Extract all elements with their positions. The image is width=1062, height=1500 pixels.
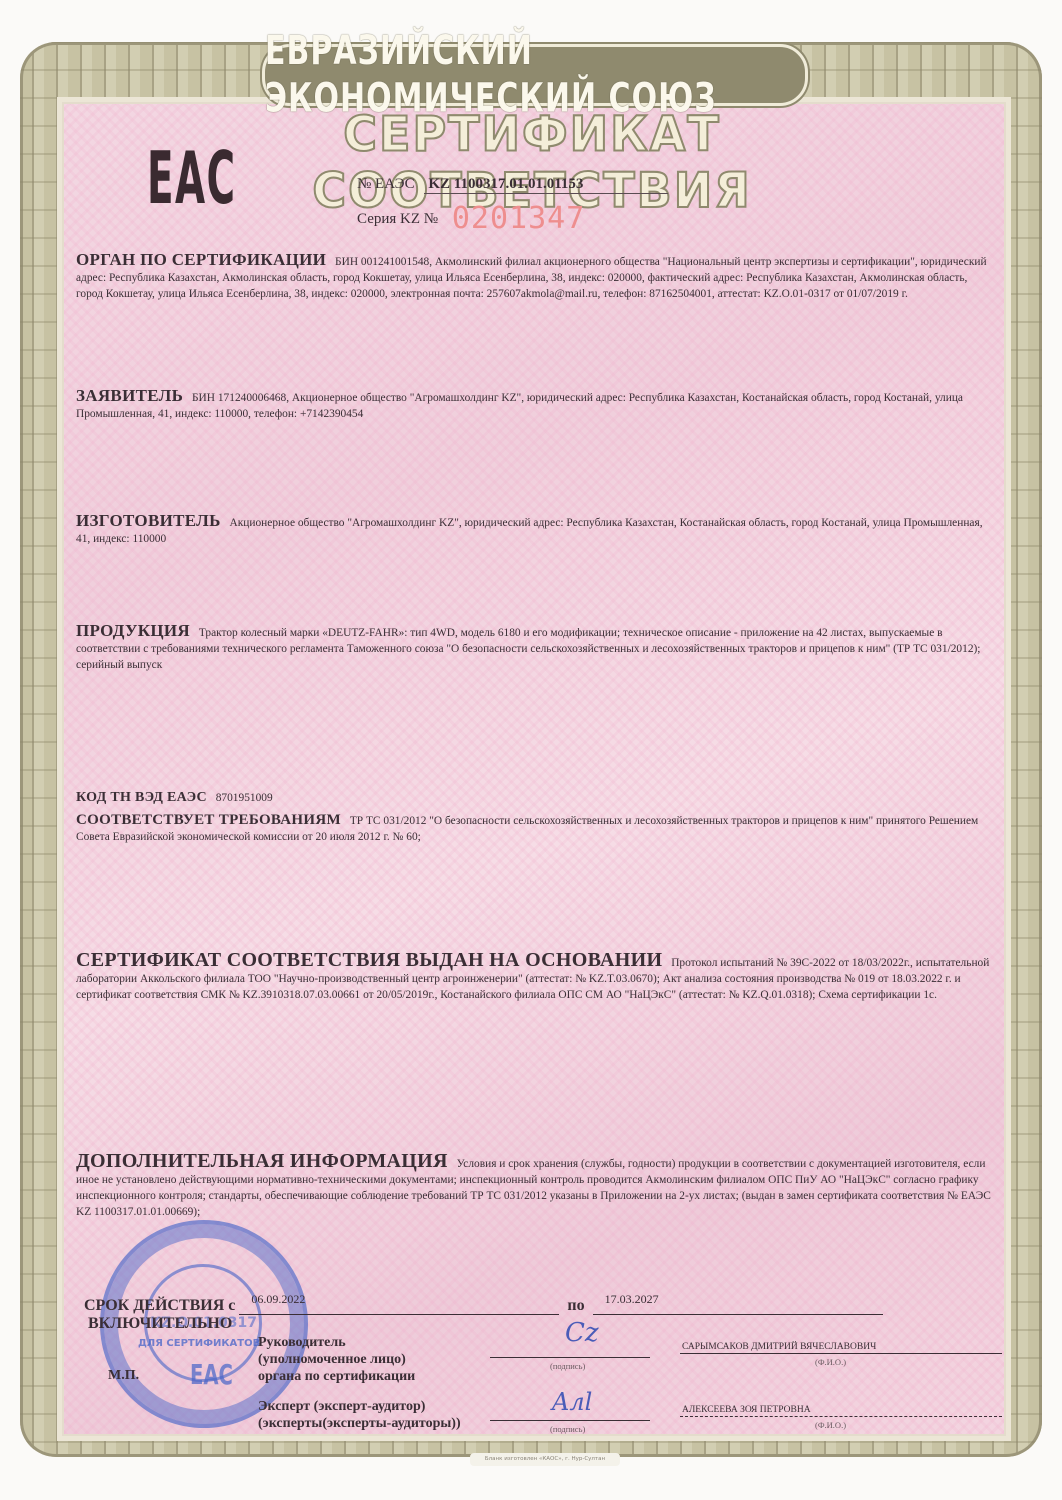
validity-to-label: по: [567, 1297, 584, 1314]
section-heading: СООТВЕТСТВУЕТ ТРЕБОВАНИЯМ: [76, 812, 341, 828]
seal-label: М.П.: [108, 1368, 139, 1384]
section-text: 8701951009: [216, 792, 273, 804]
section-certification-body: ОРГАН ПО СЕРТИФИКАЦИИ БИН 001241001548, …: [76, 252, 994, 302]
certificate-number-label: № ЕАЭС: [357, 176, 415, 192]
section-heading: ПРОДУКЦИЯ: [76, 621, 190, 640]
head-signature-caption: (подпись): [550, 1361, 585, 1371]
validity-from-date: 06.09.2022: [251, 1292, 305, 1307]
head-name-line: [680, 1353, 1002, 1354]
head-signature: Cz: [565, 1318, 599, 1348]
section-heading: ДОПОЛНИТЕЛЬНАЯ ИНФОРМАЦИЯ: [76, 1150, 448, 1172]
section-basis: СЕРТИФИКАТ СООТВЕТСТВИЯ ВЫДАН НА ОСНОВАН…: [76, 952, 994, 1003]
head-signature-line: [490, 1357, 650, 1358]
validity-from-label: СРОК ДЕЙСТВИЯ с: [84, 1297, 235, 1314]
section-text: БИН 171240006468, Акционерное общество "…: [76, 392, 963, 420]
expert-signature-caption: (подпись): [550, 1424, 585, 1434]
stamp-eac-icon: ЕАС: [190, 1358, 233, 1391]
expert-name: АЛЕКСЕЕВА ЗОЯ ПЕТРОВНА: [682, 1405, 811, 1415]
expert-name-caption: (Ф.И.О.): [815, 1420, 846, 1430]
section-text: Трактор колесный марки «DEUTZ-FAHR»: тип…: [76, 627, 980, 671]
validity-inclusive: ВКЛЮЧИТЕЛЬНО: [88, 1315, 232, 1332]
validity-from-line: 06.09.2022: [239, 1296, 559, 1315]
section-heading: ЗАЯВИТЕЛЬ: [76, 386, 183, 405]
blank-manufacturer-note: Бланк изготовлен «КАОС», г. Нур-Султан: [470, 1453, 620, 1466]
validity-period: СРОК ДЕЙСТВИЯ с 06.09.2022 по 17.03.2027…: [84, 1296, 1002, 1333]
section-applicant: ЗАЯВИТЕЛЬ БИН 171240006468, Акционерное …: [76, 388, 994, 422]
section-manufacturer: ИЗГОТОВИТЕЛЬ Акционерное общество "Агром…: [76, 513, 994, 547]
section-heading: СЕРТИФИКАТ СООТВЕТСТВИЯ ВЫДАН НА ОСНОВАН…: [76, 949, 662, 971]
section-heading: ОРГАН ПО СЕРТИФИКАЦИИ: [76, 250, 326, 269]
series-label: Серия KZ №: [357, 211, 438, 227]
section-tn-ved-code: КОД ТН ВЭД ЕАЭС 8701951009: [76, 790, 994, 806]
expert-signature: Aлl: [552, 1388, 592, 1416]
section-heading: КОД ТН ВЭД ЕАЭС: [76, 790, 207, 805]
section-product: ПРОДУКЦИЯ Трактор колесный марки «DEUTZ-…: [76, 623, 994, 673]
expert-signatory-label: Эксперт (эксперт-аудитор) (эксперты(эксп…: [258, 1398, 498, 1432]
head-name-caption: (Ф.И.О.): [815, 1357, 846, 1367]
section-heading: ИЗГОТОВИТЕЛЬ: [76, 511, 221, 530]
validity-to-line: 17.03.2027: [593, 1296, 883, 1315]
series-value: 0201347: [452, 201, 585, 236]
validity-to-date: 17.03.2027: [605, 1292, 659, 1307]
section-additional-info: ДОПОЛНИТЕЛЬНАЯ ИНФОРМАЦИЯ Условия и срок…: [76, 1153, 994, 1220]
section-conforms: СООТВЕТСТВУЕТ ТРЕБОВАНИЯМ ТР ТС 031/2012…: [76, 812, 994, 845]
union-banner: ЕВРАЗИЙСКИЙ ЭКОНОМИЧЕСКИЙ СОЮЗ: [262, 44, 808, 106]
certificate-number: № ЕАЭС KZ 1100317.01.01.01153: [357, 176, 668, 194]
expert-name-line: [680, 1416, 1002, 1417]
certificate-number-value: KZ 1100317.01.01.01153: [424, 176, 668, 194]
series-number: Серия KZ № 0201347: [357, 201, 585, 236]
expert-signature-line: [490, 1420, 650, 1421]
eac-logo-icon: ЕАС: [147, 137, 236, 221]
head-signatory-label: Руководитель (уполномоченное лицо) орган…: [258, 1334, 448, 1385]
stamp-text: ДЛЯ СЕРТИФИКАТОВ: [138, 1338, 260, 1349]
head-name: САРЫМСАКОВ ДМИТРИЙ ВЯЧЕСЛАВОВИЧ: [682, 1342, 876, 1352]
